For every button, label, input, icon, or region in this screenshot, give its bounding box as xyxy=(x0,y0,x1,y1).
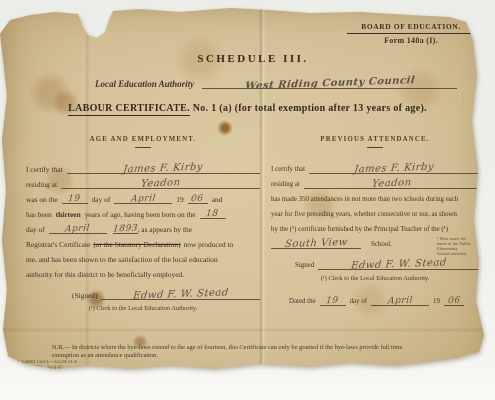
school-label: School. xyxy=(371,240,392,249)
name-blank: James F. Kirby xyxy=(67,161,260,174)
residing-line: residing at Yeadon xyxy=(26,174,260,189)
age-employment-section: AGE AND EMPLOYMENT. I certify that James… xyxy=(26,136,260,312)
registrar-label: Registrar's Certificate xyxy=(26,240,90,249)
born-day-handwriting: 18 xyxy=(206,210,219,218)
struck-phrase: (or the Statutory Declaration) xyxy=(93,240,180,249)
body-line-3: authority for this district to be benefi… xyxy=(26,264,260,279)
born-day-blank: 18 xyxy=(200,206,226,219)
signed-line: (Signed) Edwd F. W. Stead xyxy=(26,285,260,300)
thirteen-line: has been thirteen years of age, having b… xyxy=(26,204,260,219)
thirteen-pre: has been xyxy=(26,210,52,219)
born-month-blank: April xyxy=(49,221,107,234)
name-handwriting: James F. Kirby xyxy=(123,164,204,175)
heading-rule xyxy=(135,147,151,148)
certificate-document: BOARD OF EDUCATION. Form 140a (I). SCHED… xyxy=(0,0,495,400)
day-of-label: day of xyxy=(92,195,111,204)
attendance-body-2: year for five preceding years, whether c… xyxy=(271,204,479,219)
attendance-body-1: has made 350 attendances in not more tha… xyxy=(271,189,479,204)
nota-bene: N.B.— In districts where the bye-laws ex… xyxy=(52,344,470,359)
residing-line: residing at Yeadon xyxy=(271,174,479,189)
residence-blank: Yeadon xyxy=(61,176,260,189)
was-on-date-line: was on the 19 day of April 19 06 and xyxy=(26,189,260,204)
residence-blank: Yeadon xyxy=(304,176,479,189)
photo-background: BOARD OF EDUCATION. Form 140a (I). SCHED… xyxy=(0,0,495,400)
board-of-education-label: BOARD OF EDUCATION. xyxy=(347,22,475,34)
age-employment-heading: AGE AND EMPLOYMENT. xyxy=(26,136,260,143)
residing-label: residing at xyxy=(271,180,300,189)
signature-handwriting: Edwd F. W. Stead xyxy=(133,289,229,300)
printer-mark: W B & L (5000) 15011—32530-11-4 4052—34-… xyxy=(2,360,77,371)
year-blank: 06 xyxy=(188,191,208,204)
born-year-blank: 1893 xyxy=(113,221,138,234)
month-handwriting: April xyxy=(130,195,156,204)
margin-footnote: ¹ Here insert the name of the Public Ele… xyxy=(437,236,471,256)
printer-mark-line-1: W B & L (5000) 15011—32530-11-4 xyxy=(2,360,77,366)
and-label: and xyxy=(212,195,223,204)
signed-label: Signed xyxy=(295,261,314,270)
signature-blank: Edwd F. W. Stead xyxy=(318,257,479,270)
certificate-title: LABOUR CERTIFICATE. No. 1 (a) (for total… xyxy=(30,103,465,114)
day-handwriting: 19 xyxy=(68,195,81,203)
form-number: Form 140a (I). xyxy=(347,34,475,45)
nb-line-1: N.B.— In districts where the bye-laws ex… xyxy=(52,344,470,352)
century-label: 19 xyxy=(176,195,183,204)
signed-label: (Signed) xyxy=(72,291,97,300)
thirteen-word: thirteen xyxy=(56,210,81,219)
registrar-line: Registrar's Certificate (or the Statutor… xyxy=(26,234,260,249)
printer-mark-line-2: 4052—34-9-05 xyxy=(2,366,77,372)
name-handwriting: James F. Kirby xyxy=(354,164,435,175)
dated-year-handwriting: 06 xyxy=(447,297,460,305)
nb-line-2: exemption as an attendance qualification… xyxy=(52,352,470,360)
residence-handwriting: Yeadon xyxy=(140,179,180,188)
dated-month-blank: April xyxy=(371,293,429,306)
was-on-label: was on the xyxy=(26,195,58,204)
day-of-label-2: day of xyxy=(26,225,45,234)
authority-handwriting: West Riding County Council xyxy=(244,77,415,91)
certify-label: I certify that xyxy=(271,165,305,174)
century-label: 19 xyxy=(433,297,440,306)
authority-label: Local Education Authority xyxy=(95,79,194,89)
born-year-handwriting: 1893 xyxy=(112,225,138,234)
month-blank: April xyxy=(114,191,172,204)
school-handwriting: South View xyxy=(284,239,347,249)
born-date-line: day of April 1893 , as appears by the xyxy=(26,219,260,234)
dated-line: Dated the 19 day of April 19 06 xyxy=(271,291,479,306)
body-line-2: me, and has been shown to the satisfacti… xyxy=(26,249,260,264)
certify-name-line: I certify that James F. Kirby xyxy=(271,159,479,174)
authority-line: Local Education Authority West Riding Co… xyxy=(95,76,457,89)
year-handwriting: 06 xyxy=(191,195,204,203)
born-month-handwriting: April xyxy=(65,225,91,234)
certificate-title-rest: No. 1 (a) (for total exemption after 13 … xyxy=(193,103,427,114)
form-number-box: BOARD OF EDUCATION. Form 140a (I). xyxy=(347,22,475,45)
clerk-footnote: (¹) Clerk to the Local Education Authori… xyxy=(271,275,479,282)
residence-handwriting: Yeadon xyxy=(371,179,411,188)
appears-label: , as appears by the xyxy=(138,225,192,234)
day-of-label: day of xyxy=(350,297,367,306)
clerk-footnote: (¹) Clerk to the Local Education Authori… xyxy=(26,305,260,312)
name-blank: James F. Kirby xyxy=(309,161,479,174)
schedule-heading: SCHEDULE III. xyxy=(10,53,495,65)
authority-blank: West Riding County Council xyxy=(202,76,457,89)
school-blank: South View xyxy=(271,236,361,249)
attendance-body-3: by the (¹) certificate furnished by the … xyxy=(271,219,479,234)
previous-attendance-heading: PREVIOUS ATTENDANCE. xyxy=(271,136,479,143)
certify-label: I certify that xyxy=(26,165,63,174)
certify-name-line: I certify that James F. Kirby xyxy=(26,159,260,174)
thirteen-post: years of age, having been born on the xyxy=(85,210,196,219)
signature-blank: Edwd F. W. Stead xyxy=(101,287,260,300)
residing-label: residing at xyxy=(26,180,57,189)
dated-label: Dated the xyxy=(289,297,316,306)
produced-label: now produced to xyxy=(184,240,234,249)
dated-day-blank: 19 xyxy=(320,293,346,306)
dated-year-blank: 06 xyxy=(444,293,464,306)
certificate-title-main: LABOUR CERTIFICATE. xyxy=(68,103,190,116)
certificate-paper-wrap: BOARD OF EDUCATION. Form 140a (I). SCHED… xyxy=(0,0,495,400)
heading-rule xyxy=(367,147,383,148)
dated-day-handwriting: 19 xyxy=(326,297,339,305)
previous-attendance-section: PREVIOUS ATTENDANCE. I certify that Jame… xyxy=(271,136,479,306)
signature-handwriting: Edwd F. W. Stead xyxy=(350,259,446,270)
dated-month-handwriting: April xyxy=(387,297,413,306)
signed-line: Signed Edwd F. W. Stead xyxy=(271,255,479,270)
day-blank: 19 xyxy=(62,191,88,204)
